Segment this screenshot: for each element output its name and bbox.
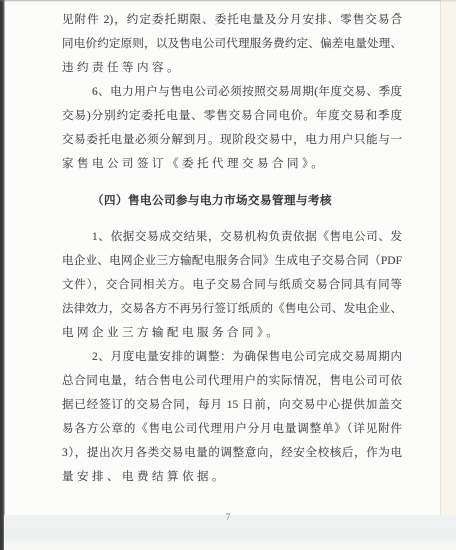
body-line: 2、月度电量安排的调整：为确保售电公司完成交易周期内 <box>62 345 402 369</box>
body-line: 1、依据交易成交结果，交易机构负责依据《售电公司、发 <box>62 225 402 249</box>
body-line: 家售电公司签订《委托代理交易合同》。 <box>62 152 402 176</box>
body-line: 3），提出次月各类交易电量的调整意向，经安全校核后，作为电 <box>62 441 402 465</box>
page-right-edge-line <box>440 0 441 550</box>
page-number: 7 <box>0 511 456 523</box>
body-line: 违约责任等内容。 <box>62 56 402 80</box>
section-heading: （四）售电公司参与电力市场交易管理与考核 <box>62 189 402 213</box>
body-line: 电网企业三方输配电服务合同》。 <box>62 321 402 345</box>
document-body: 见附件 2)，约定委托期限、委托电量及分月安排、零售交易合 同电价约定原则，以及… <box>62 8 402 489</box>
body-line: 见附件 2)，约定委托期限、委托电量及分月安排、零售交易合 <box>62 8 402 32</box>
body-line: 文件），交合同相关方。电子交易合同与纸质交易合同具有同等 <box>62 273 402 297</box>
body-line: 据已经签订的交易合同，每月 15 日前，向交易中心提供加盖交 <box>62 393 402 417</box>
body-line: 交易)分别约定委托电量、零售交易合同电价。年度交易和季度 <box>62 104 402 128</box>
page-right-margin-tint <box>441 0 456 550</box>
body-line: 同电价约定原则，以及售电公司代理服务费约定、偏差电量处理、 <box>62 32 402 56</box>
body-line: 法律效力，交易各方不再另行签订纸质的《售电公司、发电企业、 <box>62 297 402 321</box>
body-line: 总合同电量，结合售电公司代理用户的实际情况，售电公司可依 <box>62 369 402 393</box>
body-line: 交易委托电量必须分解到月。现阶段交易中，电力用户只能与一 <box>62 128 402 152</box>
body-line: 电企业、电网企业三方输配电服务合同》生成电子交易合同（PDF <box>62 249 402 273</box>
scanned-document-page: 见附件 2)，约定委托期限、委托电量及分月安排、零售交易合 同电价约定原则，以及… <box>0 0 456 550</box>
scan-left-edge <box>0 0 5 550</box>
body-line: 量安排、电费结算依据。 <box>62 465 402 489</box>
scan-top-edge <box>0 0 456 2</box>
scan-bottom-strip <box>4 542 456 550</box>
body-line: 易各方公章的《售电公司代理用户分月电量调整单》（详见附件 <box>62 417 402 441</box>
body-line: 6、电力用户与售电公司必须按照交易周期(年度交易、季度 <box>62 80 402 104</box>
